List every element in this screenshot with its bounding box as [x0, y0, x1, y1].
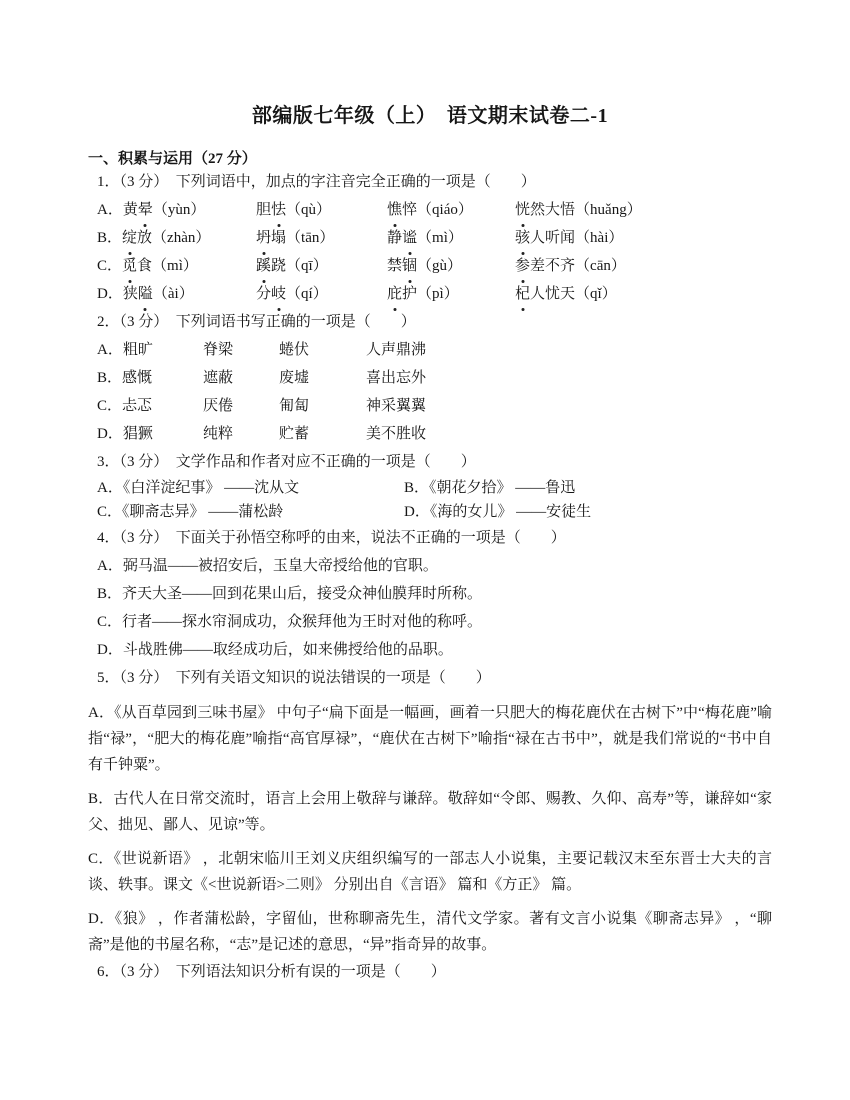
word-part: 人听闻 [530, 230, 575, 246]
option-paragraph: D．《狼》 ，作者蒲松龄，字留仙，世称聊斋先生，清代文学家。著有文言小说集《聊斋… [88, 906, 772, 958]
word-pinyin: （qù） [286, 202, 331, 218]
option-text: 齐天大圣——回到花果山后，接受众神仙膜拜时所称。 [122, 586, 482, 602]
option-row: A．黄晕（yùn）胆怯（qù）憔悴（qiáo）恍然大悟（huǎng） [88, 196, 772, 224]
word-dotted-char: 恍 [515, 196, 530, 224]
option-row: D．猖獗纯粹贮蓄美不胜收 [88, 420, 772, 448]
word-dotted-char: 蹊 [256, 252, 271, 280]
word-dotted-char: 谧 [402, 224, 417, 252]
word-cell: 废墟 [279, 364, 366, 392]
word-cell: B．绽放（zhàn） [97, 224, 256, 252]
word-cell: 神采翼翼 [366, 392, 772, 420]
word-dotted-char: 骇 [515, 224, 530, 252]
word-pinyin: （qí） [286, 286, 328, 302]
word-pinyin: （cān） [575, 258, 626, 274]
option-label: B． [97, 586, 122, 602]
word: 感慨 [122, 370, 152, 386]
word-cell: 骇人听闻（hài） [515, 224, 772, 252]
word-cell: 遮蔽 [203, 364, 279, 392]
word-cell: 恍然大悟（huǎng） [515, 196, 772, 224]
word: 神采翼翼 [366, 398, 426, 414]
word-dotted-char: 庇 [387, 280, 402, 308]
option-paragraph: D．斗战胜佛——取经成功后，如来佛授给他的品职。 [88, 636, 772, 664]
word-part: 食 [137, 258, 152, 274]
word-cell: 杞人忧天（qǐ） [515, 280, 772, 308]
word-dotted-char: 隘 [138, 280, 153, 308]
option-row: B．感慨遮蔽废墟喜出忘外 [88, 364, 772, 392]
option-paragraph: C．《世说新语》 ，北朝宋临川王刘义庆组织编写的一部志人小说集，主要记载汉末至东… [88, 846, 772, 898]
option-cell: A．《白洋淀纪事》 ——沈从文 [97, 476, 404, 500]
word-dotted-char: 坍 [256, 224, 271, 252]
word-pinyin: （zhàn） [152, 230, 210, 246]
option-row: A．粗旷脊梁蜷伏人声鼎沸 [88, 336, 772, 364]
option-text: 《狼》 ，作者蒲松龄，字留仙，世称聊斋先生，清代文学家。著有文言小说集《聊斋志异… [88, 911, 772, 953]
word-part: 悴 [402, 202, 417, 218]
word-part: 狭 [123, 286, 138, 302]
word-pinyin: （gù） [417, 258, 462, 274]
section-heading: 一、积累与运用（27 分） [88, 150, 772, 168]
word-cell: 蜷伏 [279, 336, 366, 364]
word-cell: 美不胜收 [366, 420, 772, 448]
word-part: 塌 [271, 230, 286, 246]
option-paragraph: C．行者——探水帘洞成功，众猴拜他为王时对他的称呼。 [88, 608, 772, 636]
word-cell: C．忐忑 [97, 392, 203, 420]
option-label: A． [97, 342, 123, 358]
word-cell: 纯粹 [203, 420, 279, 448]
word-part: 分 [256, 286, 271, 302]
option-label: B． [97, 370, 122, 386]
word: 纯粹 [203, 426, 233, 442]
word: 匍匐 [279, 398, 309, 414]
word-part: 跷 [271, 258, 286, 274]
option-cell: D．《海的女儿》 ——安徒生 [404, 500, 772, 524]
option-row: B．绽放（zhàn）坍塌（tān）静谧（mì）骇人听闻（hài） [88, 224, 772, 252]
word-cell: 静谧（mì） [387, 224, 515, 252]
option-label: B． [97, 230, 122, 246]
word: 美不胜收 [366, 426, 426, 442]
option-label: D． [88, 911, 115, 927]
word-part: 护 [402, 286, 417, 302]
word-dotted-char: 岐 [271, 280, 286, 308]
word-cell: 匍匐 [279, 392, 366, 420]
word-cell: 贮蓄 [279, 420, 366, 448]
option-text: 《白洋淀纪事》 ——沈从文 [123, 480, 299, 496]
option-paragraph: B．齐天大圣——回到花果山后，接受众神仙膜拜时所称。 [88, 580, 772, 608]
word-pinyin: （pì） [417, 286, 459, 302]
option-row: C．《聊斋志异》 ——蒲松龄D．《海的女儿》 ——安徒生 [88, 500, 772, 524]
option-label: D． [97, 642, 123, 658]
option-label: B． [404, 480, 429, 496]
option-row: A．《白洋淀纪事》 ——沈从文B．《朝花夕拾》 ——鲁迅 [88, 476, 772, 500]
question-stem: 3．（3 分） 文学作品和作者对应不正确的一项是（ ） [88, 448, 772, 476]
word-cell: 参差不齐（cān） [515, 252, 772, 280]
word-cell: 蹊跷（qī） [256, 252, 387, 280]
option-text: 《朝花夕拾》 ——鲁迅 [429, 480, 575, 496]
word: 厌倦 [203, 398, 233, 414]
word: 猖獗 [123, 426, 153, 442]
option-cell: B．《朝花夕拾》 ——鲁迅 [404, 476, 772, 500]
word: 粗旷 [123, 342, 153, 358]
option-text: 《世说新语》 ，北朝宋临川王刘义庆组织编写的一部志人小说集，主要记载汉末至东晋士… [88, 851, 772, 893]
word-pinyin: （hài） [575, 230, 623, 246]
word-part: 黄 [123, 202, 138, 218]
word-cell: A．粗旷 [97, 336, 203, 364]
word: 贮蓄 [279, 426, 309, 442]
word-pinyin: （huǎng） [575, 202, 642, 218]
option-paragraph: B．古代人在日常交流时，语言上会用上敬辞与谦辞。敬辞如“令郎、赐教、久仰、高寿”… [88, 786, 772, 838]
word-part: 静 [387, 230, 402, 246]
option-text: 弼马温——被招安后，玉皇大帝授给他的官职。 [123, 558, 438, 574]
word-cell: 坍塌（tān） [256, 224, 387, 252]
word-cell: 分岐（qí） [256, 280, 387, 308]
question-stem: 1．（3 分） 下列词语中，加点的字注音完全正确的一项是（ ） [88, 168, 772, 196]
option-label: A． [97, 480, 123, 496]
page-title: 部编版七年级（上） 语文期末试卷二-1 [88, 103, 772, 129]
word-dotted-char: 怯 [271, 196, 286, 224]
word-dotted-char: 绽 [122, 224, 137, 252]
word-part: 放 [137, 230, 152, 246]
option-label: A． [88, 705, 114, 721]
option-label: D． [97, 426, 123, 442]
word-cell: D．猖獗 [97, 420, 203, 448]
word-cell: 庇护（pì） [387, 280, 515, 308]
option-label: C． [97, 614, 122, 630]
option-label: C． [97, 258, 122, 274]
word-cell: A．黄晕（yùn） [97, 196, 256, 224]
word-pinyin: （qī） [286, 258, 328, 274]
word: 遮蔽 [203, 370, 233, 386]
word-dotted-char: 觅 [122, 252, 137, 280]
option-label: A． [97, 202, 123, 218]
option-row: D．狭隘（ài）分岐（qí）庇护（pì）杞人忧天（qǐ） [88, 280, 772, 308]
word-pinyin: （qiáo） [417, 202, 473, 218]
word-cell: B．感慨 [97, 364, 203, 392]
word-cell: 人声鼎沸 [366, 336, 772, 364]
word-part: 差不齐 [530, 258, 575, 274]
option-text: 《海的女儿》 ——安徒生 [430, 504, 591, 520]
word-cell: 喜出忘外 [366, 364, 772, 392]
word-dotted-char: 杞 [515, 280, 530, 308]
option-row: C．忐忑厌倦匍匐神采翼翼 [88, 392, 772, 420]
option-label: C． [97, 504, 122, 520]
option-label: A． [97, 558, 123, 574]
question-stem: 6．（3 分） 下列语法知识分析有误的一项是（ ） [88, 958, 772, 986]
option-label: C． [97, 398, 122, 414]
option-label: D． [97, 286, 123, 302]
option-text: 《聊斋志异》 ——蒲松龄 [122, 504, 283, 520]
option-text: 古代人在日常交流时，语言上会用上敬辞与谦辞。敬辞如“令郎、赐教、久仰、高寿”等，… [88, 791, 772, 833]
option-label: C． [88, 851, 114, 867]
word: 喜出忘外 [366, 370, 426, 386]
word-dotted-char: 参 [515, 252, 530, 280]
option-cell: C．《聊斋志异》 ——蒲松龄 [97, 500, 404, 524]
word-part: 人忧天 [530, 286, 575, 302]
word-cell: C．觅食（mì） [97, 252, 256, 280]
word: 人声鼎沸 [366, 342, 426, 358]
word-cell: D．狭隘（ài） [97, 280, 256, 308]
word: 忐忑 [122, 398, 152, 414]
questions-container: 1．（3 分） 下列词语中，加点的字注音完全正确的一项是（ ）A．黄晕（yùn）… [88, 168, 772, 986]
word-cell: 脊梁 [203, 336, 279, 364]
question-stem: 4．（3 分） 下面关于孙悟空称呼的由来，说法不正确的一项是（ ） [88, 524, 772, 552]
option-label: B． [88, 791, 113, 807]
word-dotted-char: 晕 [138, 196, 153, 224]
option-label: D． [404, 504, 430, 520]
option-row: C．觅食（mì）蹊跷（qī）禁锢（gù）参差不齐（cān） [88, 252, 772, 280]
word-pinyin: （mì） [152, 258, 198, 274]
word: 废墟 [279, 370, 309, 386]
option-text: 《从百草园到三味书屋》 中句子“扁下面是一幅画，画着一只肥大的梅花鹿伏在古树下”… [88, 705, 772, 773]
question-stem: 2．（3 分） 下列词语书写正确的一项是（ ） [88, 308, 772, 336]
word-cell: 胆怯（qù） [256, 196, 387, 224]
word-dotted-char: 憔 [387, 196, 402, 224]
word-part: 禁 [387, 258, 402, 274]
exam-document: 部编版七年级（上） 语文期末试卷二-1 一、积累与运用（27 分） 1．（3 分… [0, 0, 850, 1100]
option-text: 行者——探水帘洞成功，众猴拜他为王时对他的称呼。 [122, 614, 482, 630]
word-cell: 憔悴（qiáo） [387, 196, 515, 224]
word-pinyin: （ài） [153, 286, 194, 302]
question-stem: 5．（3 分） 下列有关语文知识的说法错误的一项是（ ） [88, 664, 772, 692]
word-pinyin: （mì） [417, 230, 463, 246]
option-paragraph: A．《从百草园到三味书屋》 中句子“扁下面是一幅画，画着一只肥大的梅花鹿伏在古树… [88, 700, 772, 778]
word: 蜷伏 [279, 342, 309, 358]
word-pinyin: （qǐ） [575, 286, 617, 302]
word-cell: 禁锢（gù） [387, 252, 515, 280]
word-part: 然大悟 [530, 202, 575, 218]
word-part: 胆 [256, 202, 271, 218]
word-cell: 厌倦 [203, 392, 279, 420]
option-text: 斗战胜佛——取经成功后，如来佛授给他的品职。 [123, 642, 453, 658]
word: 脊梁 [203, 342, 233, 358]
word-pinyin: （tān） [286, 230, 334, 246]
option-paragraph: A．弼马温——被招安后，玉皇大帝授给他的官职。 [88, 552, 772, 580]
word-pinyin: （yùn） [153, 202, 206, 218]
word-dotted-char: 锢 [402, 252, 417, 280]
